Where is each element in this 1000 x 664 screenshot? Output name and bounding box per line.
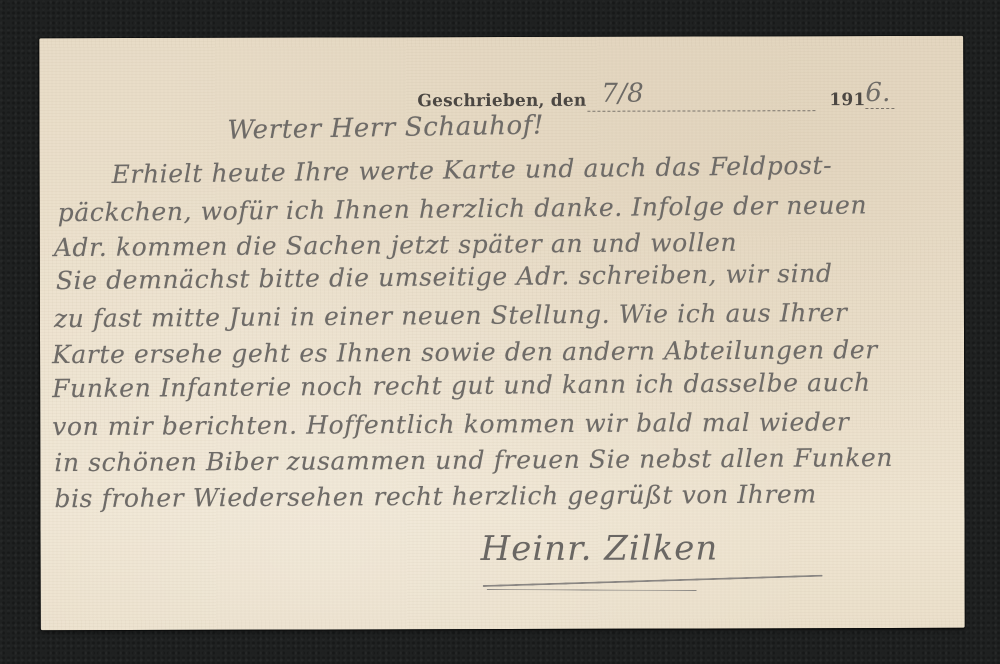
signature-underline (483, 575, 823, 587)
signature-underline-flourish (487, 589, 697, 591)
letter-line: zu fast mitte Juni in einer neuen Stellu… (54, 298, 848, 333)
letter-line: päckchen, wofür ich Ihnen herzlich danke… (58, 190, 868, 227)
handwritten-year-suffix: 6. (865, 78, 894, 109)
letter-line: bis froher Wiedersehen recht herzlich ge… (54, 480, 816, 514)
letter-line: Adr. kommen die Sachen jetzt später an u… (54, 228, 738, 262)
letter-line: Erhielt heute Ihre werte Karte und auch … (111, 151, 832, 189)
written-on-label: Geschrieben, den (417, 91, 586, 111)
date-field: 7/8 (587, 86, 815, 112)
postcard: Geschrieben, den 7/8 191 6. Werter Herr … (39, 36, 965, 630)
letter-line: Sie demnächst bitte die umseitige Adr. s… (56, 259, 833, 295)
letter-line: von mir berichten. Hoffentlich kommen wi… (52, 407, 849, 441)
signature: Heinr. Zilken (481, 528, 719, 569)
printed-year-prefix: 191 (829, 90, 865, 110)
letter-line: Funken Infanterie noch recht gut und kan… (52, 368, 871, 403)
letter-line: Karte ersehe geht es Ihnen sowie den and… (52, 335, 878, 369)
letter-line: in schönen Biber zusammen und freuen Sie… (54, 443, 893, 477)
handwritten-date: 7/8 (601, 79, 644, 109)
letter-salutation: Werter Herr Schauhof! (227, 110, 544, 145)
